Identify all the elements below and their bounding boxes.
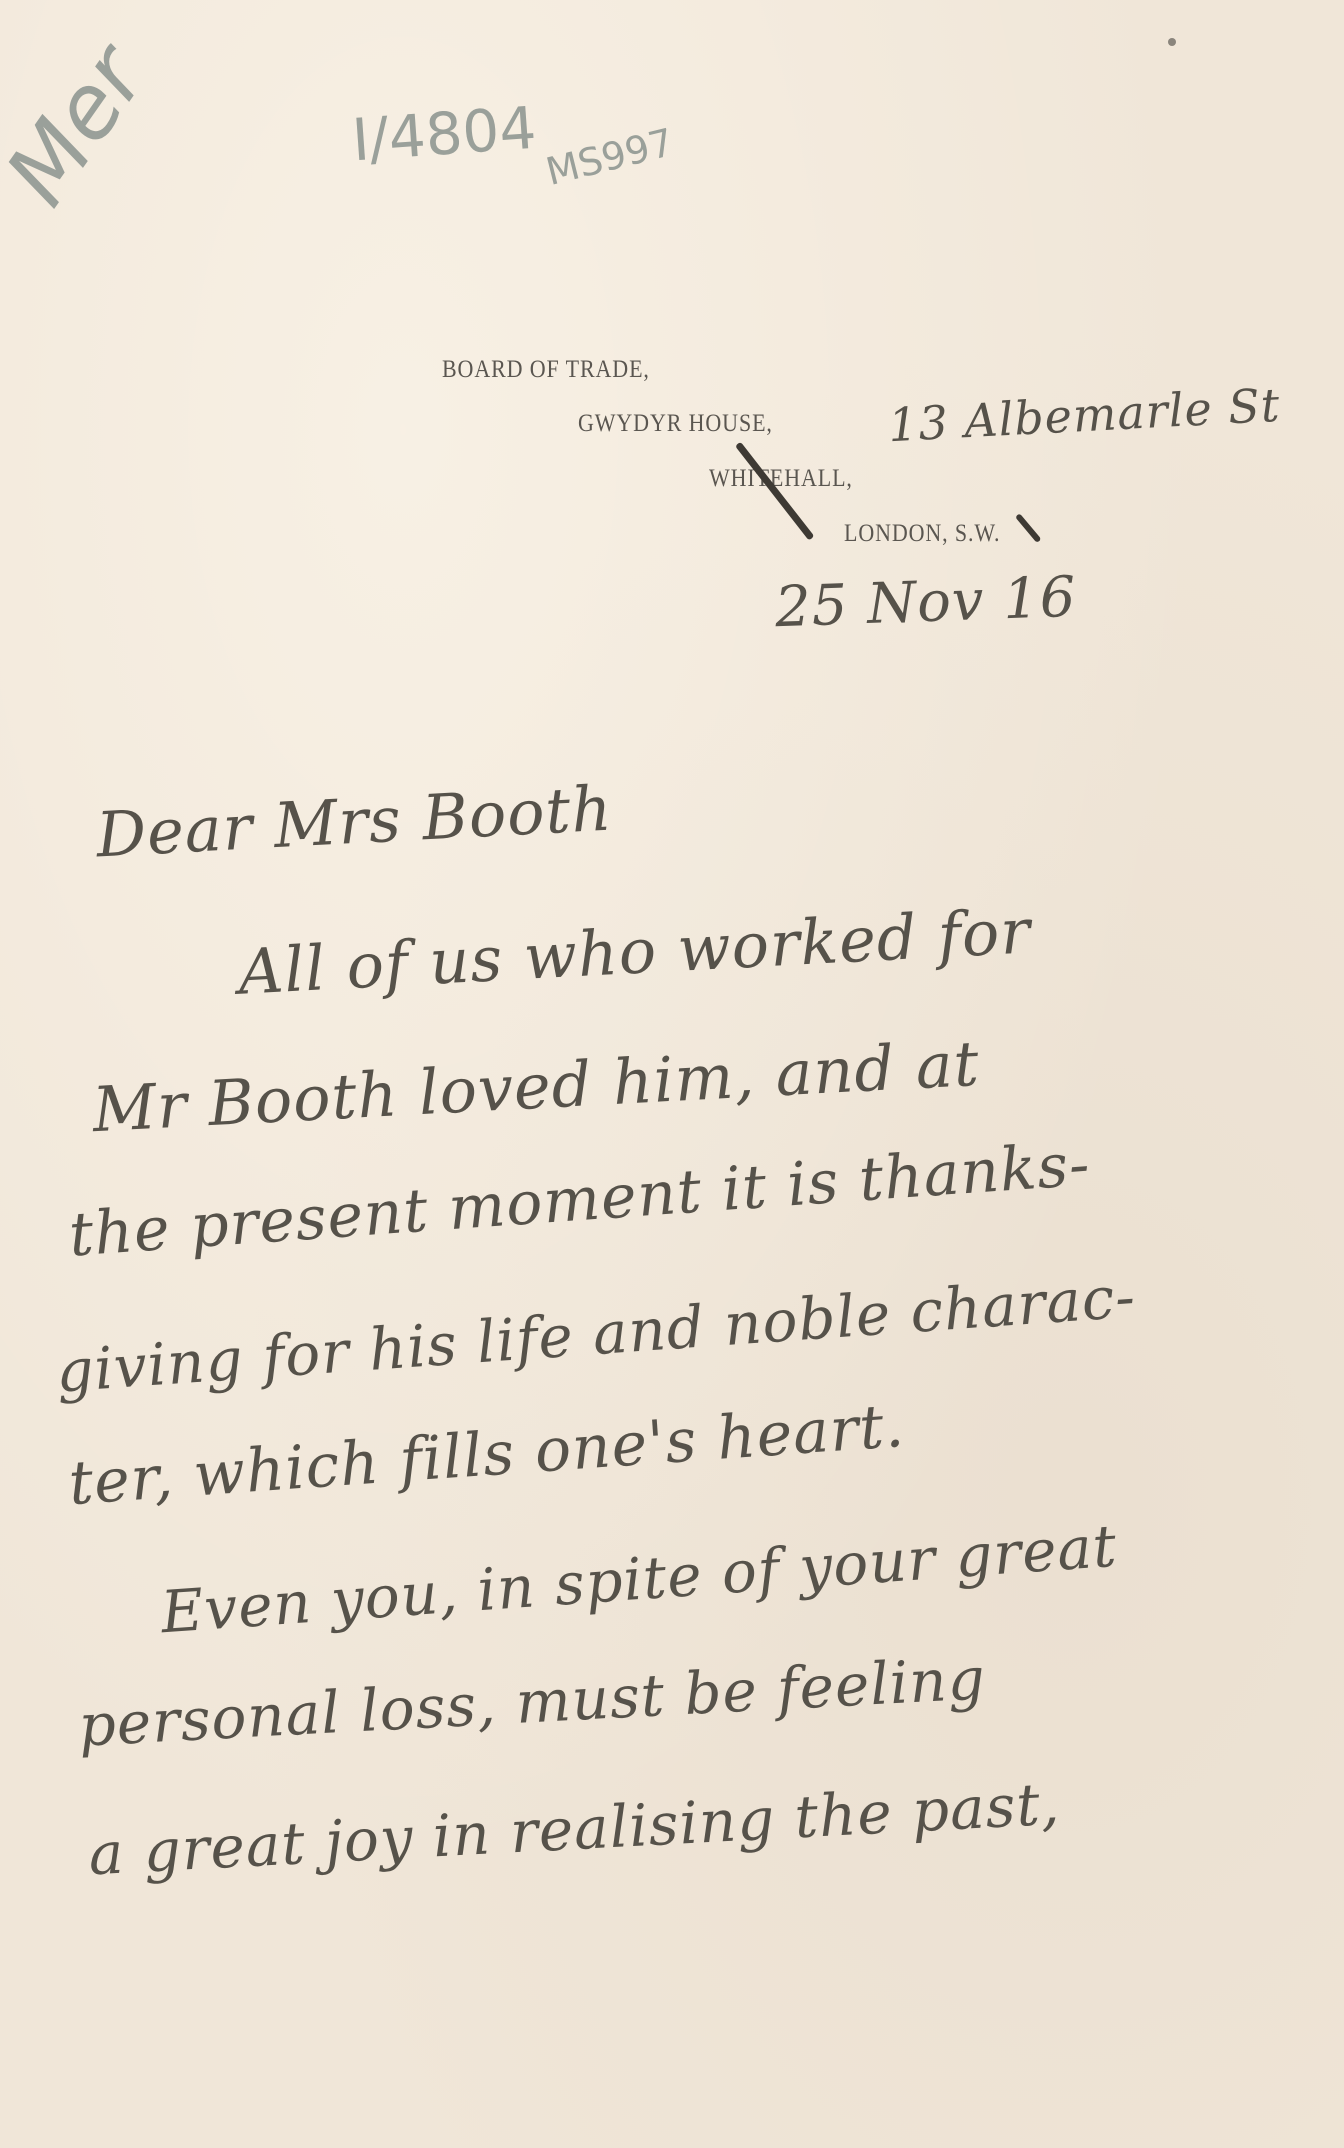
- letterhead-line-2: GWYDYR HOUSE,: [578, 410, 773, 438]
- body-line: the present moment it is thanks-: [67, 1129, 1093, 1270]
- letterhead-line-3: WHITEHALL,: [709, 465, 853, 493]
- body-line: a great joy in realising the past,: [87, 1770, 1062, 1889]
- body-line: Even you, in spite of your great: [159, 1512, 1119, 1647]
- archive-initials: Mer: [0, 28, 165, 223]
- body-line: ter, which fills one's heart.: [67, 1391, 907, 1519]
- body-line: Mr Booth loved him, and at: [91, 1027, 982, 1146]
- paper-speck: [1168, 38, 1176, 46]
- body-line: giving for his life and noble charac-: [54, 1262, 1138, 1405]
- letter-date: 25 Nov 16: [774, 565, 1078, 640]
- archive-reference: I/4804: [350, 94, 539, 175]
- strikethrough-mark: [1015, 513, 1041, 543]
- letterhead-line-4: LONDON, S.W.: [844, 520, 1000, 548]
- salutation: Dear Mrs Booth: [94, 772, 614, 872]
- handwritten-address: 13 Albemarle St: [887, 378, 1282, 452]
- letterhead-line-1: BOARD OF TRADE,: [442, 356, 650, 384]
- body-line: All of us who worked for: [237, 894, 1033, 1008]
- archive-ms-number: MS997: [542, 120, 678, 194]
- body-line: personal loss, must be feeling: [77, 1644, 987, 1759]
